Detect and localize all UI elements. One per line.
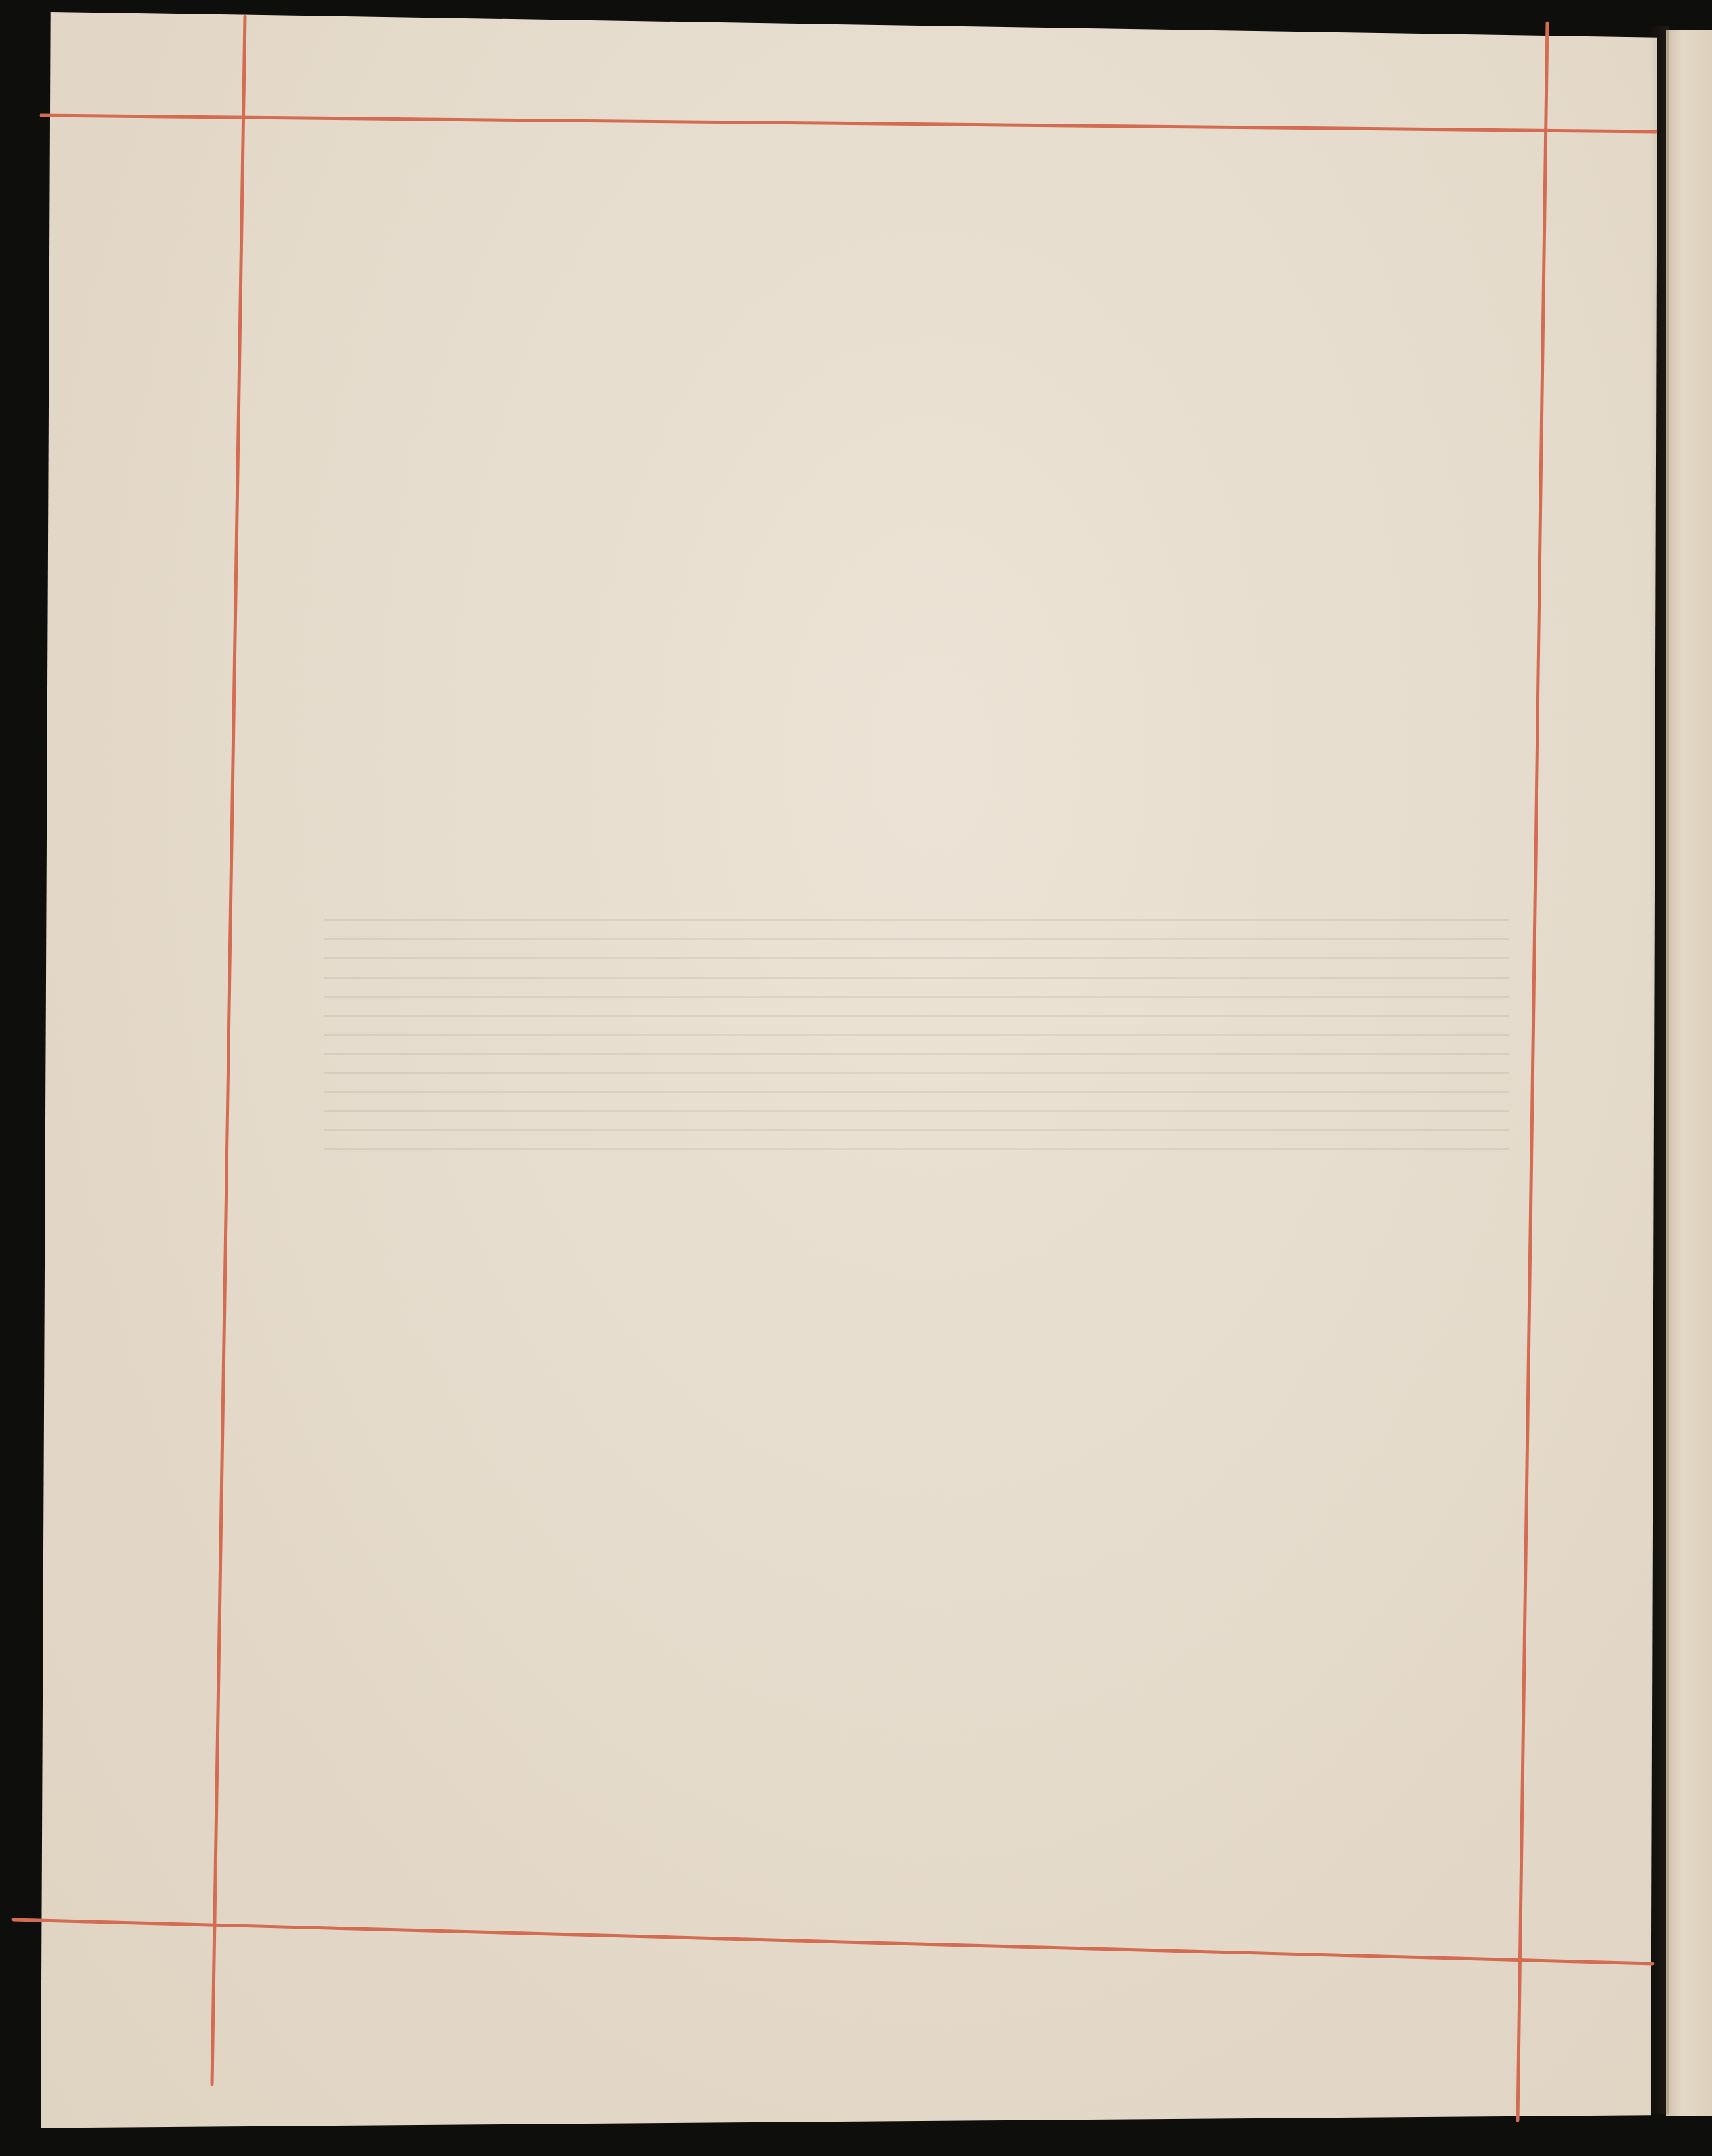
top-rule <box>41 115 1656 132</box>
left-rule <box>212 16 245 2084</box>
red-ruled-border <box>0 0 1712 2156</box>
bottom-rule <box>13 1920 1653 1964</box>
right-rule <box>1518 23 1547 2120</box>
